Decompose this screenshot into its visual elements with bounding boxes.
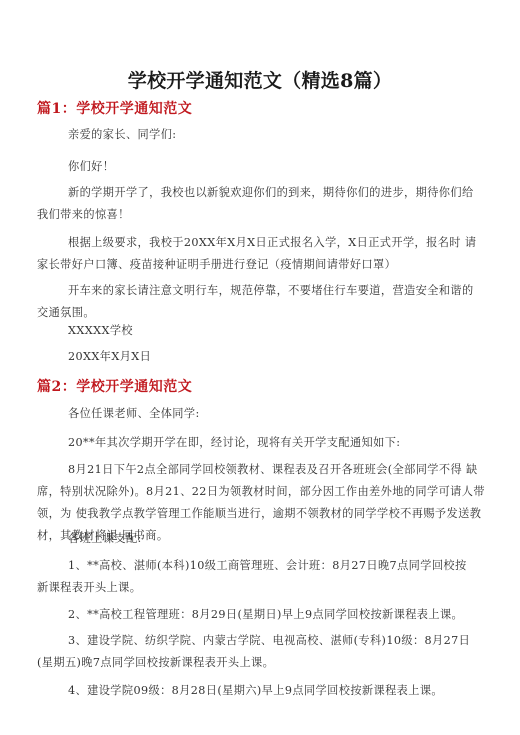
signature-school: XXXXX学校 [68, 320, 133, 342]
paragraph: 各班上课支配: [68, 528, 142, 550]
document-title: 学校开学通知范文（精选8篇） [0, 66, 520, 93]
signature-date: 20XX年X月X日 [68, 346, 151, 368]
paragraph: 开车来的家长请注意文明行车，规范停靠，不要堵住行车要道，营造安全和谐的交通氛围。 [37, 280, 477, 324]
greeting: 各位任课老师、全体同学: [68, 403, 200, 425]
section-heading-1: 篇1：学校开学通知范文 [37, 98, 192, 118]
salutation: 你们好！ [68, 156, 114, 178]
list-item: 1、**高校、湛师(本科)10级工商管理班、会计班：8月27日晚7点同学回校按新… [37, 555, 477, 599]
list-item: 4、建设学院09级：8月28日(星期六)早上9点同学回校按新课程表上课。 [68, 680, 443, 702]
list-item: 3、建设学院、纺织学院、内蒙古学院、电视高校、湛师(专科)10级：8月27日(星… [37, 630, 477, 674]
section-heading-2: 篇2：学校开学通知范文 [37, 376, 192, 396]
document-page: 学校开学通知范文（精选8篇） 篇1：学校开学通知范文 亲爱的家长、同学们: 你们… [0, 0, 520, 735]
greeting: 亲爱的家长、同学们: [68, 124, 176, 146]
paragraph: 20**年其次学期开学在即，经讨论，现将有关开学支配通知如下: [68, 432, 400, 454]
paragraph: 新的学期开学了，我校也以新貌欢迎你们的到来，期待你们的进步，期待你们给我们带来的… [37, 182, 477, 226]
list-item: 2、**高校工程管理班：8月29日(星期日)早上9点同学回校按新课程表上课。 [68, 604, 463, 626]
paragraph: 根据上级要求，我校于20XX年X月X日正式报名入学，X日正式开学，报名时 请家长… [37, 232, 477, 276]
